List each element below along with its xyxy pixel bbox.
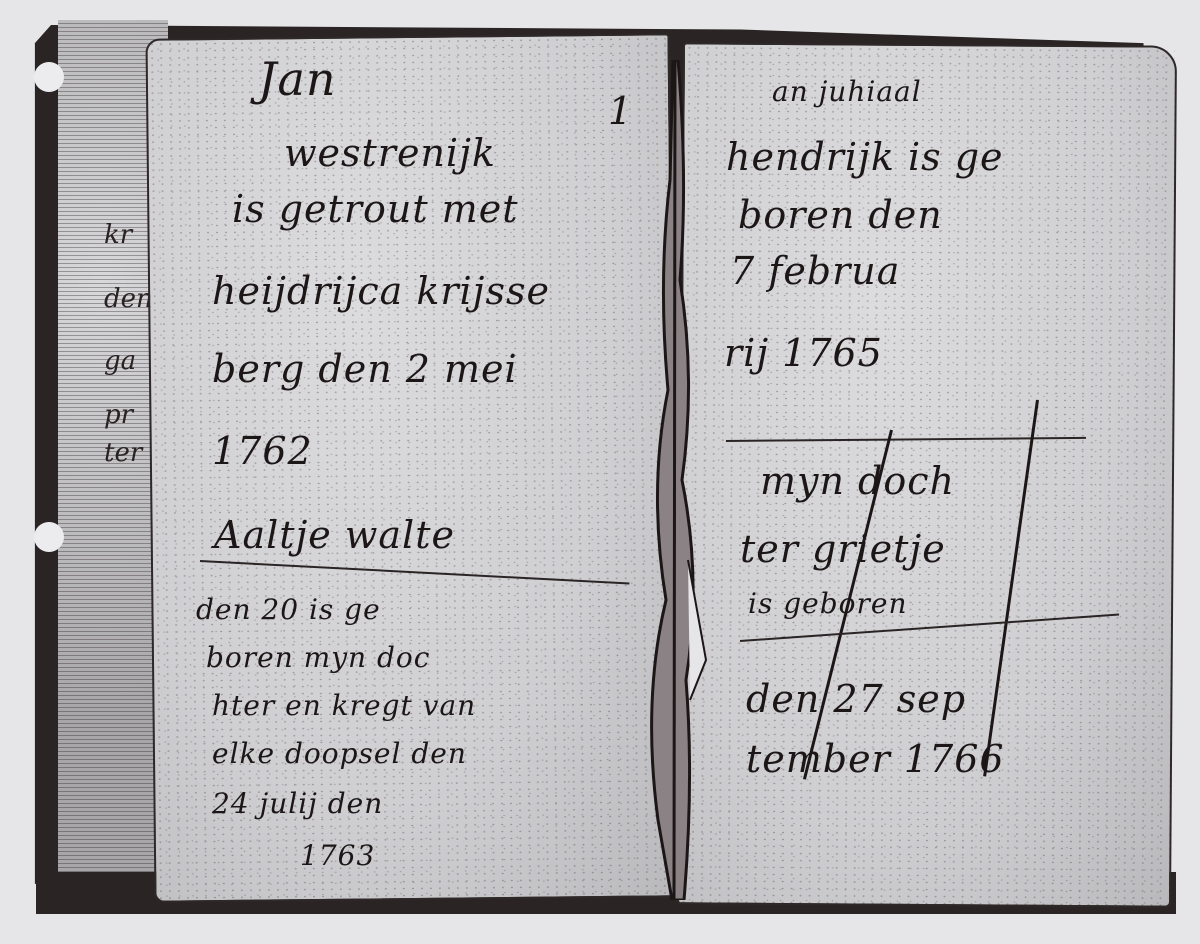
entry-text-line: elke doopsel den [212,740,467,768]
entry-text-line: Aaltje walte [214,516,455,554]
entry-text-line: hendrijk is ge [726,138,1004,176]
punch-hole-top [34,62,64,92]
entry-given-name: Jan [258,56,337,102]
entry-year: rij 1765 [724,334,883,372]
entry-year: 1762 [212,432,313,470]
punch-hole-bottom [34,522,64,552]
margin-fragment: den [104,284,153,314]
entry-text-line: 7 februa [730,252,900,290]
entry-text-line: boren myn doc [206,644,430,672]
entry-text-line: myn doch [760,462,955,500]
photocopy-sheet: kr den ga pr ter Jan 1 westrenijk is get… [0,0,1200,944]
margin-fragment: pr [104,400,133,430]
entry-text-line: berg den 2 mei [212,350,518,388]
book-spine-fold [628,60,718,900]
entry-text-line: ter grietje [740,530,946,568]
entry-number: 1 [608,92,633,130]
margin-fragment: ter [104,438,142,468]
entry-text-line: boren den [738,196,943,234]
entry-text-line: is geboren [748,590,908,618]
entry-text-line: tember 1766 [746,740,1005,778]
margin-fragment: kr [104,220,132,250]
entry-surname: westrenijk [284,134,496,172]
entry-text-line: heijdrijca krijsse [212,272,550,310]
entry-text-line: hter en kregt van [212,692,476,720]
entry-text-line: den 27 sep [746,680,966,718]
entry-year: 1763 [300,842,375,870]
entry-text-line: an juhiaal [772,78,922,106]
entry-text-line: den 20 is ge [196,596,381,624]
entry-text-line: 24 julij den [212,790,383,818]
margin-fragment: ga [104,346,136,376]
entry-text-line: is getrout met [232,190,518,228]
